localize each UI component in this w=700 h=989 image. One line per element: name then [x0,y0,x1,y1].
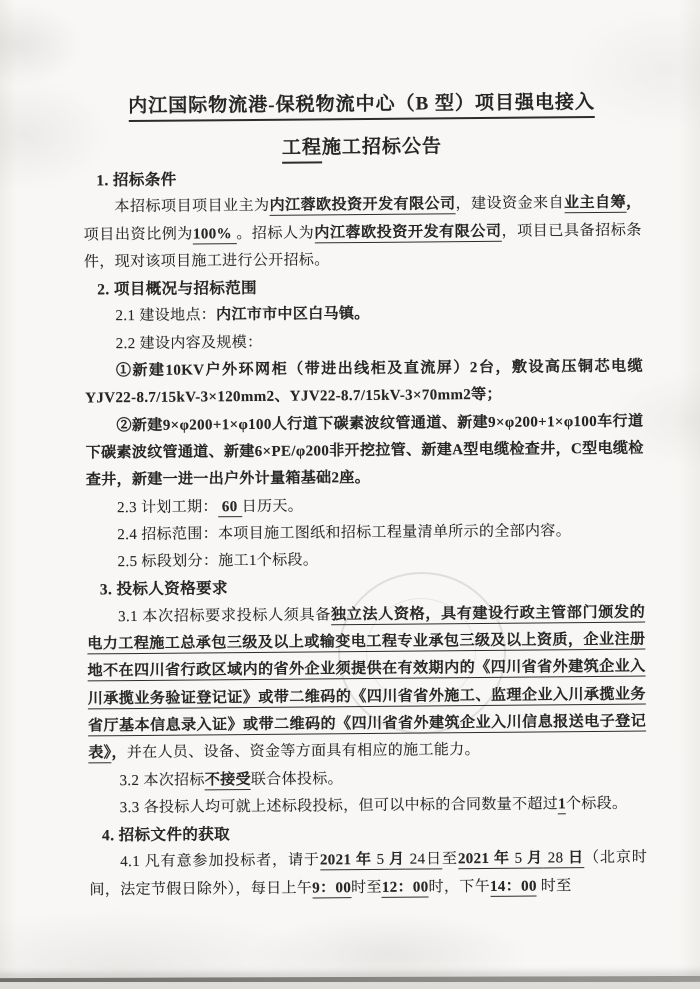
document-body: 1. 招标条件本招标项目项目业主为内江蓉欧投资开发有限公司，建设资金来自业主自筹… [83,163,647,905]
text-run: 1. 招标条件 [96,172,176,190]
text-run: ， [111,745,126,761]
title-line1-text: 内江国际物流港-保税物流中心（B 型）项目强电接入 [128,92,595,122]
screenshot-root: { "colors": { "ink": "#262626", "paper":… [0,0,700,989]
text-run: 14：00 [490,878,537,896]
text-run: 2.1 建设地点： [115,308,216,325]
paragraph: 本招标项目项目业主为内江蓉欧投资开发有限公司，建设资金来自业主自筹，项目出资比例… [83,190,642,277]
text-run: 内江蓉欧投资开发有限公司 [314,223,501,243]
text-run: 5 [510,851,527,869]
text-run: 24日 [405,852,442,870]
text-run: 5 [372,852,389,870]
paragraph: ①新建10KV户外环网柜（带进出线柜及直流屏）2台，敷设高压铜芯电缆YJV22-… [85,354,643,413]
document-content: 内江国际物流港-保税物流中心（B 型）项目强电接入 工程施工招标公告 1. 招标… [83,88,648,905]
text-run: 至 [442,852,458,868]
text-run: 100% [193,226,236,244]
text-run: 月 [527,851,543,869]
text-run: 个标段。 [566,796,628,813]
text-run: 3.1 本次招标要求投标人须具备 [118,607,331,625]
paragraph: ②新建9×φ200+1×φ100人行道下碳素波纹管通道、新建9×φ200+1×φ… [85,408,644,495]
text-run: 9：00 [312,880,351,898]
text-run: 业主自筹 [564,195,626,214]
text-run: 日 [568,851,584,869]
text-run: 12：00 [382,879,429,897]
paragraph: 4.1 凡有意参加投标者，请于2021 年 5 月 24日至2021 年 5 月… [89,845,647,904]
document-title-line2: 工程施工招标公告 [83,131,641,166]
text-run: 联合体投标。 [251,771,343,788]
text-run: 独立法人资格，具有建设行政主管部门颁发的电力工程施工总承包三级及以上或输变电工程… [87,604,646,763]
scanned-document-page: 内江国际物流港-保税物流中心（B 型）项目强电接入 工程施工招标公告 1. 招标… [0,0,700,989]
text-run: 3.2 本次招标 [119,772,204,789]
text-run: 时至 [351,880,382,896]
text-run: 2.3 计划工期： [117,499,218,516]
paragraph: 3.1 本次招标要求投标人须具备独立法人资格，具有建设行政主管部门颁发的电力工程… [87,599,646,768]
text-run: 项目出资比例为 [84,226,193,243]
title-line2-rest-text: 施工招标公告 [322,136,442,158]
paragraph: 2.4 招标范围：本项目施工图纸和招标工程量清单所示的全部内容。 [86,517,644,549]
document-title-line1: 内江国际物流港-保税物流中心（B 型）项目强电接入 [83,88,641,123]
text-run: 60 [218,499,242,517]
text-run: 内江蓉欧投资开发有限公司 [269,196,455,216]
text-run: 内江市市中区白马镇。 [216,306,370,323]
text-run: 本招标项目项目业主为 [114,198,269,215]
text-run: ，建设资金来自 [456,196,565,213]
text-run: 时，下午 [429,879,491,896]
paragraph: 3.3 各投标人均可就上述标段投标，但可以中标的合同数量不超过1个标段。 [89,790,647,822]
text-run: 2.2 建设内容及规模： [116,335,263,352]
text-run: ②新建9×φ200+1×φ100人行道下碳素波纹管通道、新建9×φ200+1×φ… [86,413,644,488]
text-run: ①新建10KV户外环网柜（带进出线柜及直流屏）2台，敷设高压铜芯电缆YJV22-… [85,359,643,407]
scan-bottom-margin [0,982,700,989]
text-run: 3.3 各投标人均可就上述标段投标，但可以中标的合同数量不超过 [120,796,558,816]
text-run: 月 [389,852,405,870]
text-run: 28 [543,851,568,869]
text-run: 2.4 招标范围：本项目施工图纸和招标工程量清单所示的全部内容。 [117,523,571,543]
text-run: 3. 投标人资格要求 [100,581,228,599]
text-run: 不接受 [205,772,251,790]
text-run: 时至 [537,878,572,894]
text-run: ， [626,195,641,211]
text-run: 2.5 标段划分：施工1个标段。 [118,553,319,571]
text-run: 日历天。 [242,498,304,515]
text-run: 2021 年 [320,852,372,870]
text-run: 4.1 凡有意参加投标者，请于 [120,853,320,871]
text-run: 2021 年 [458,851,510,869]
text-run: 并在人员、设备、资金等方面具有相应的施工能力。 [127,742,480,761]
title-line2-underlined-text: 工程 [282,137,322,163]
text-run: 4. 招标文件的获取 [102,826,230,844]
text-run: 2. 项目概况与招标范围 [97,280,257,298]
text-run: 。招标人为 [236,225,314,242]
